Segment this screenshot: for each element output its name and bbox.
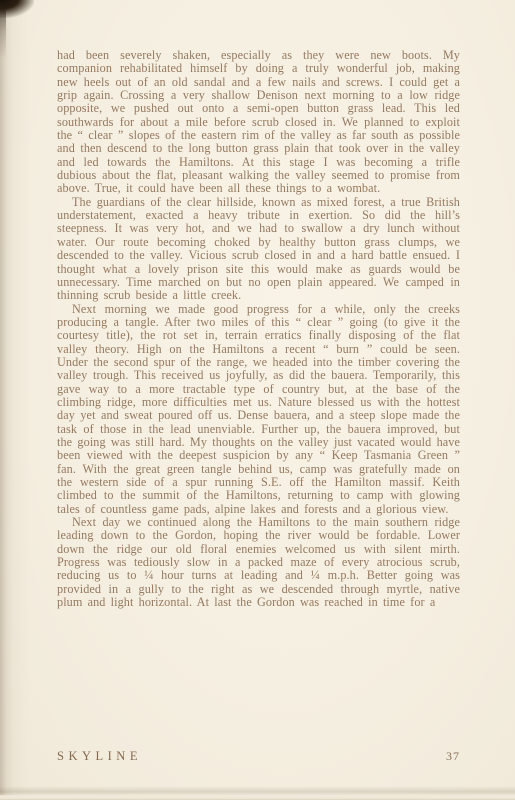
paragraph: Next day we continued along the Hamilton… bbox=[57, 516, 460, 609]
spine-shadow bbox=[0, 0, 6, 58]
binding-corner-shadow bbox=[0, 0, 34, 18]
page-edge-shadow bbox=[0, 786, 515, 800]
page-number: 37 bbox=[446, 749, 460, 764]
page-footer: SKYLINE 37 bbox=[57, 749, 460, 764]
running-title: SKYLINE bbox=[57, 749, 142, 764]
body-text: had been severely shaken, especially as … bbox=[57, 49, 460, 609]
paragraph: Next morning we made good progress for a… bbox=[57, 303, 460, 517]
page-curl-shadow bbox=[0, 0, 30, 800]
scanned-book-page: had been severely shaken, especially as … bbox=[0, 0, 515, 800]
paragraph-continuation: had been severely shaken, especially as … bbox=[57, 49, 460, 196]
paragraph: The guardians of the clear hillside, kno… bbox=[57, 196, 460, 303]
